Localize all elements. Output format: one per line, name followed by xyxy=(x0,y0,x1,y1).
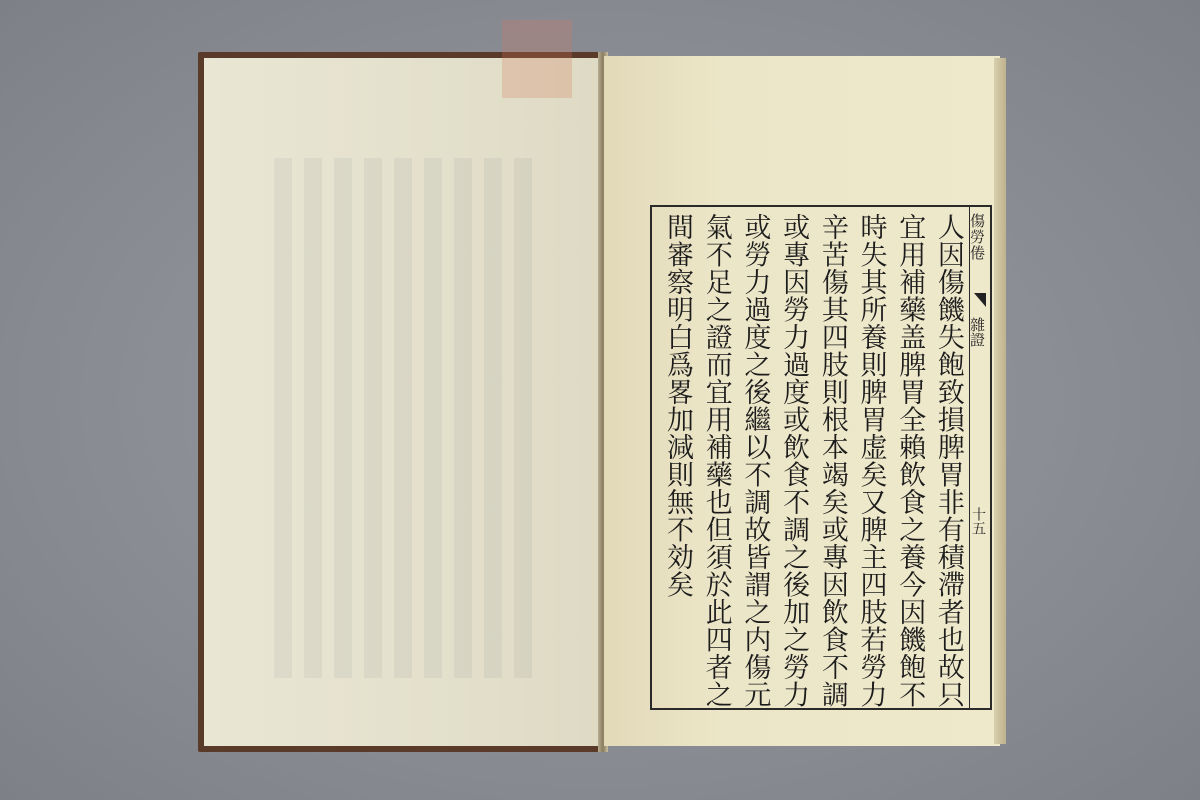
text-column: 或勞力過度之後繼以不調故皆謂之内傷元 xyxy=(737,213,772,702)
text-column: 間審察明白爲畧加減則無不効矣 xyxy=(660,213,695,702)
text-column: 宜用補藥盖脾胃全賴飲食之養今因饑飽不 xyxy=(892,213,927,702)
center-margin: 傷勞倦 雜證 十五 xyxy=(969,207,990,708)
library-seal xyxy=(502,20,572,98)
text-columns: 人因傷饑失飽致損脾胃非有積滯者也故只 宜用補藥盖脾胃全賴飲食之養今因饑飽不 時失… xyxy=(660,213,966,702)
text-column: 氣不足之證而宜用補藥也但須於此四者之 xyxy=(699,213,734,702)
fish-tail-icon xyxy=(974,293,986,307)
left-page xyxy=(204,58,600,746)
bleed-through-text xyxy=(274,158,534,678)
margin-title: 傷勞倦 xyxy=(967,213,988,261)
page-edge xyxy=(994,58,1006,744)
page-number: 十五 xyxy=(968,507,988,535)
text-column: 人因傷饑失飽致損脾胃非有積滯者也故只 xyxy=(931,213,966,702)
text-column: 辛苦傷其四肢則根本竭矣或專因飲食不調 xyxy=(815,213,850,702)
text-column: 時失其所養則脾胃虚矣又脾主四肢若勞力 xyxy=(854,213,889,702)
margin-section: 雜證 xyxy=(967,317,988,347)
text-column: 或專因勞力過度或飲食不調之後加之勞力 xyxy=(776,213,811,702)
text-frame: 傷勞倦 雜證 十五 人因傷饑失飽致損脾胃非有積滯者也故只 宜用補藥盖脾胃全賴飲食… xyxy=(650,205,992,710)
